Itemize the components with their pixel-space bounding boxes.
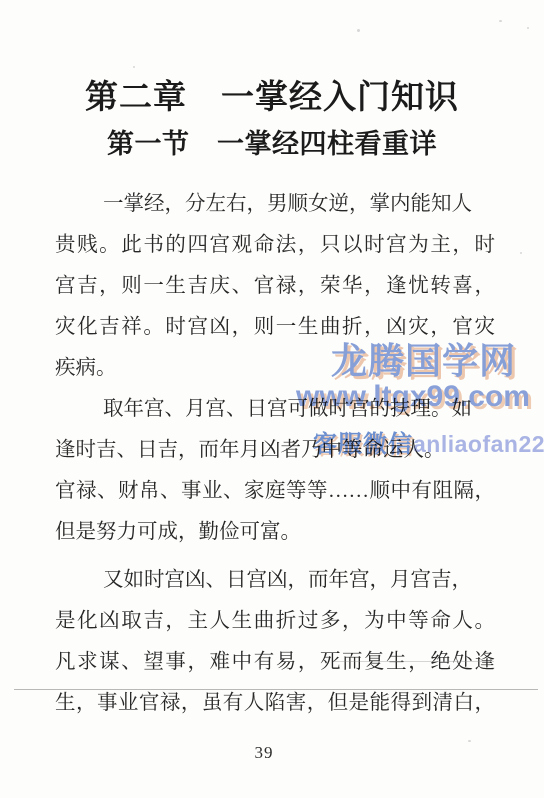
text-line: 但是努力可成，勤俭可富。	[55, 512, 495, 553]
text-line: 取年宫、月宫、日宫可做时宫的扶理。如	[55, 389, 495, 430]
body-text: 一掌经，分左右，男顺女逆，掌内能知人 贵贱。此书的四宫观命法，只以时宫为主，时 …	[55, 184, 495, 724]
scan-noise-speck	[468, 740, 471, 742]
text-line: 凡求谋、望事，难中有易，死而复生，绝处逢	[55, 642, 495, 683]
text-line: 又如时宫凶、日宫凶，而年宫，月宫吉，	[55, 560, 495, 601]
chapter-title: 第二章 一掌经入门知识	[0, 80, 544, 118]
paragraph-2: 取年宫、月宫、日宫可做时宫的扶理。如 逢时吉、日吉，而年月凶者乃中等命运人。 官…	[55, 389, 495, 553]
scan-artifact-line	[14, 689, 538, 690]
scan-noise-speck	[357, 29, 360, 32]
text-line: 是化凶取吉，主人生曲折过多，为中等命人。	[55, 601, 495, 642]
paragraph-3: 又如时宫凶、日宫凶，而年宫，月宫吉， 是化凶取吉，主人生曲折过多，为中等命人。 …	[55, 560, 495, 724]
scan-noise-speck	[499, 20, 502, 22]
text-line: 官禄、财帛、事业、家庭等等……顺中有阻隔，	[55, 471, 495, 512]
text-line: 灾化吉祥。时宫凶，则一生曲折，凶灾，官灾	[55, 307, 495, 348]
scan-noise-speck	[520, 252, 522, 254]
text-line: 一掌经，分左右，男顺女逆，掌内能知人	[55, 184, 495, 225]
text-line: 逢时吉、日吉，而年月凶者乃中等命运人。	[55, 430, 495, 471]
scanned-book-page: 第二章 一掌经入门知识 第一节 一掌经四柱看重详 一掌经，分左右，男顺女逆，掌内…	[0, 0, 544, 798]
scan-artifact-line	[334, 661, 494, 662]
text-line: 贵贱。此书的四宫观命法，只以时宫为主，时	[55, 225, 495, 266]
section-title: 第一节 一掌经四柱看重详	[0, 129, 544, 160]
scan-noise-speck	[527, 27, 529, 29]
paragraph-1: 一掌经，分左右，男顺女逆，掌内能知人 贵贱。此书的四宫观命法，只以时宫为主，时 …	[55, 184, 495, 389]
text-line: 疾病。	[55, 348, 495, 389]
scan-noise-speck	[133, 66, 135, 68]
page-number: 39	[0, 743, 528, 763]
text-line: 宫吉，则一生吉庆、官禄，荣华，逢忧转喜，	[55, 266, 495, 307]
